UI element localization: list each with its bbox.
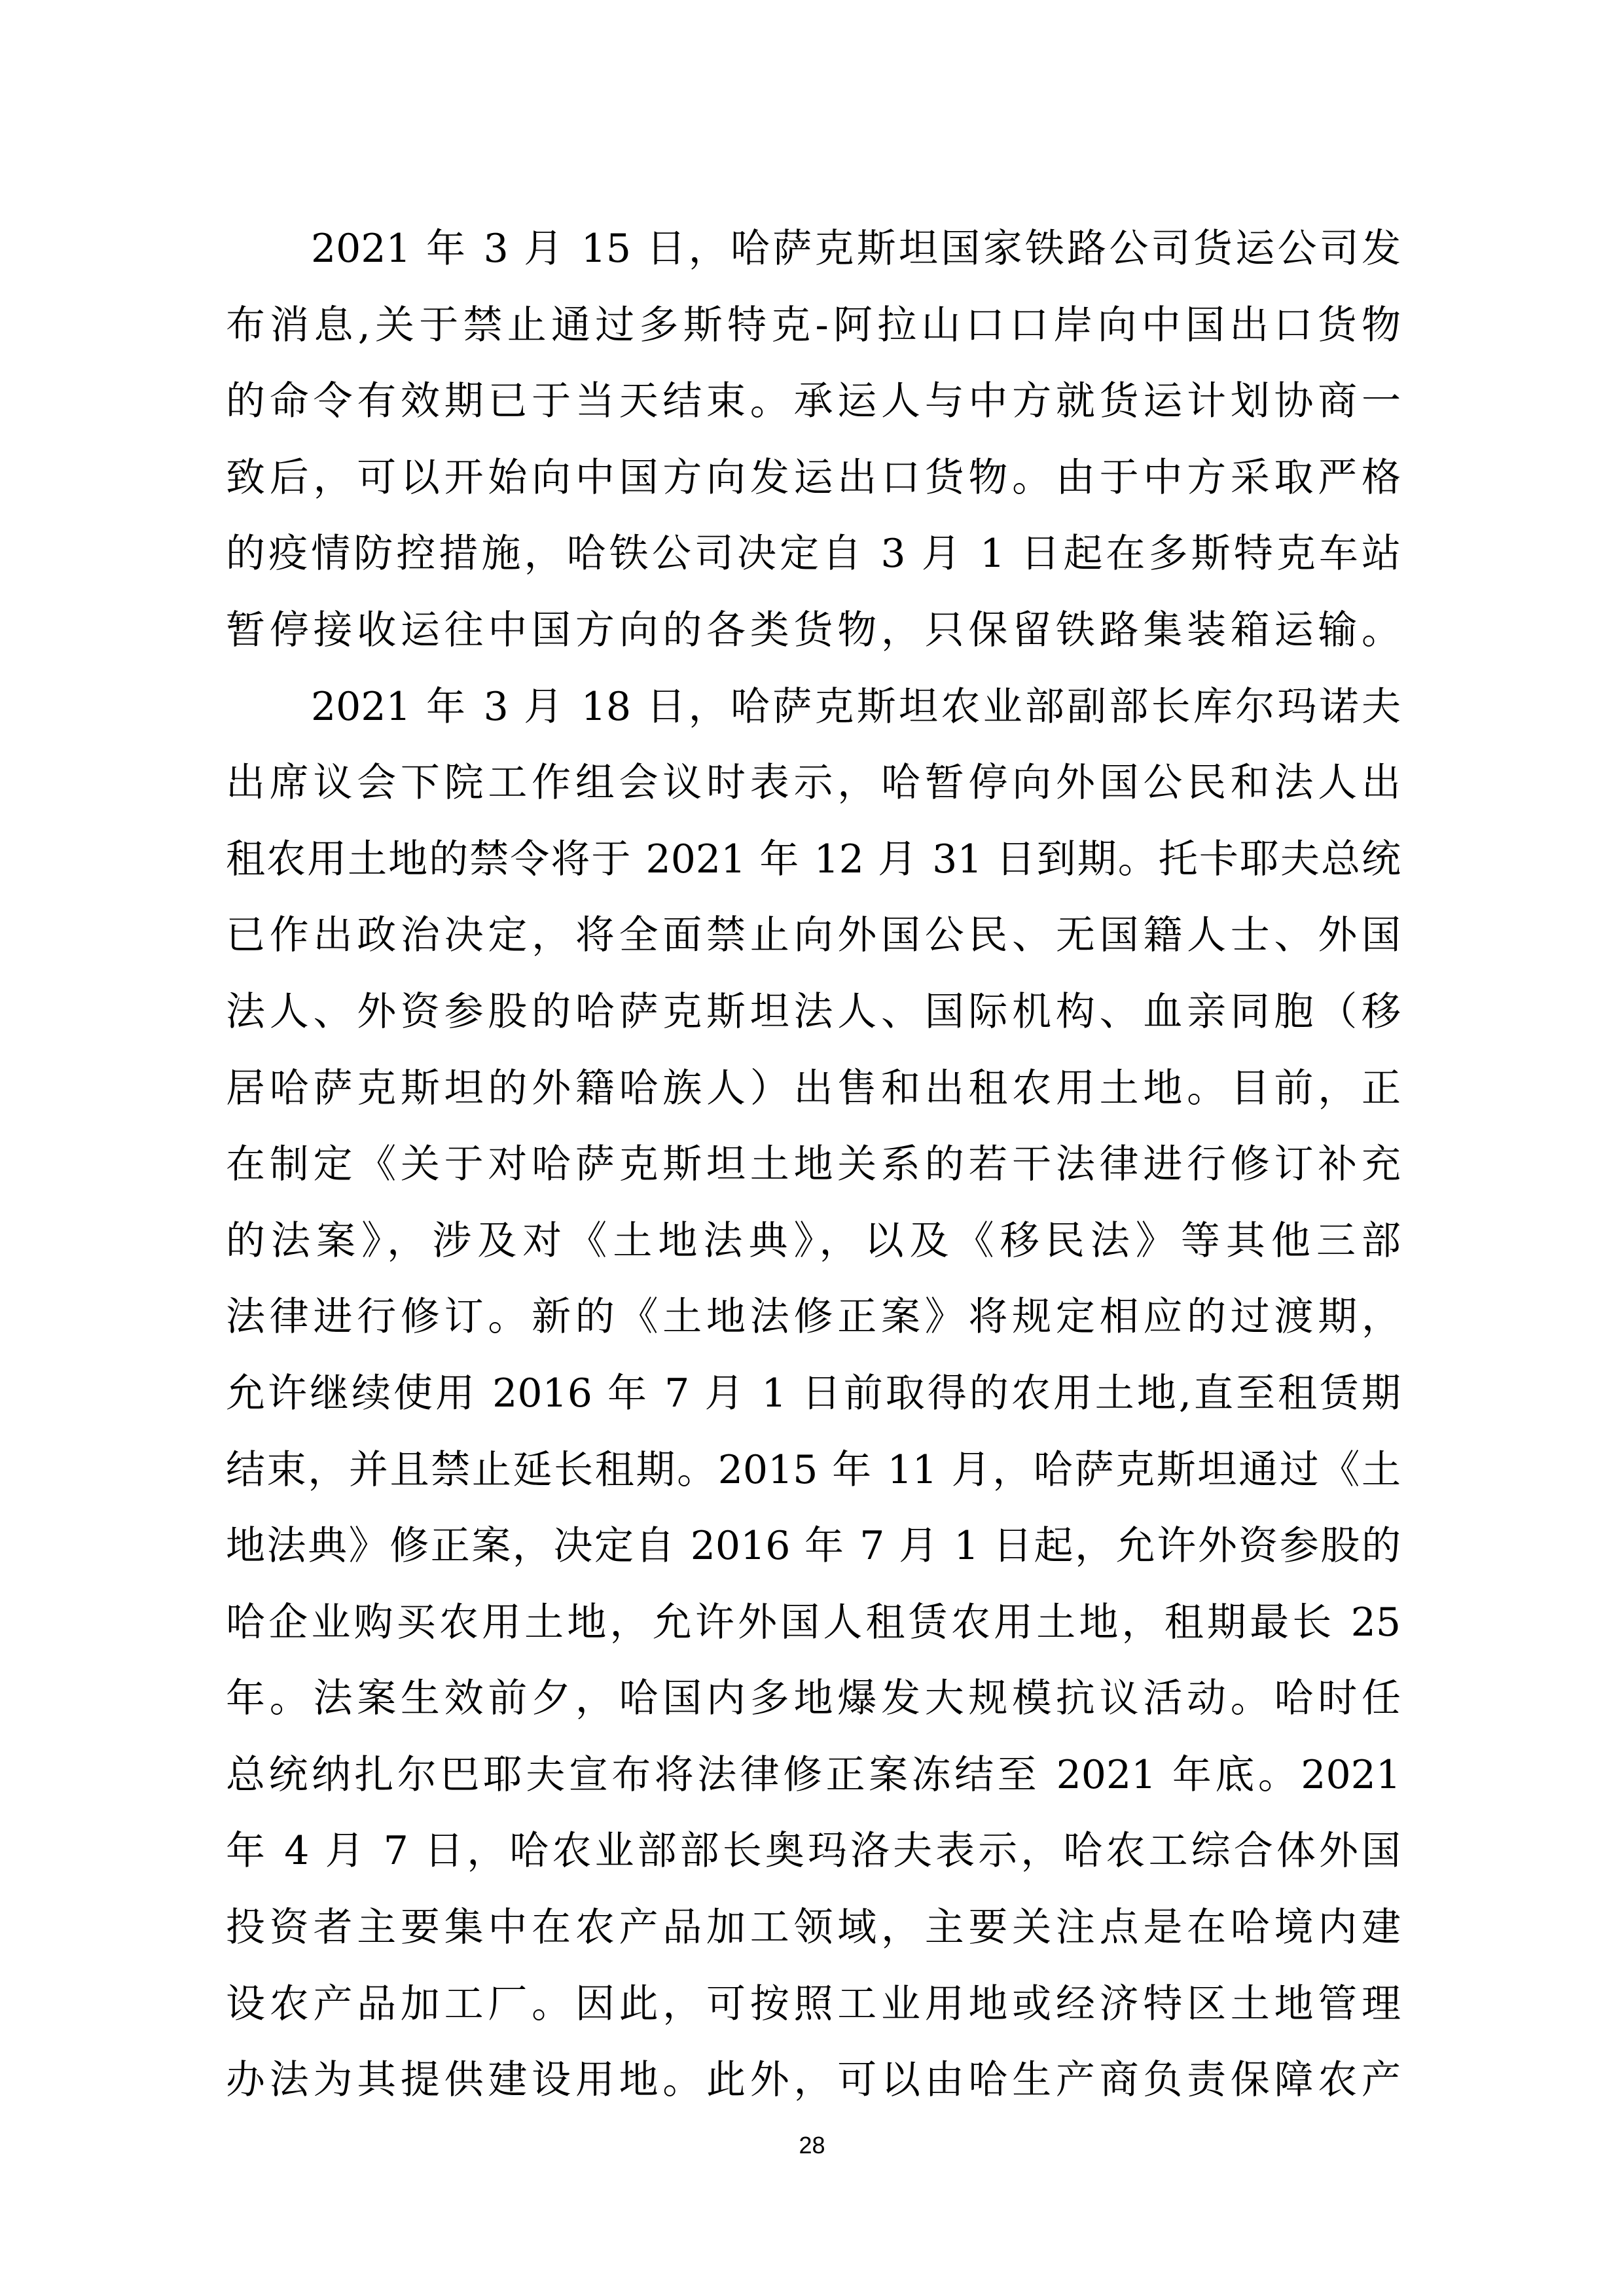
text-line: 2021 年 3 月 15 日，哈萨克斯坦国家铁路公司货运公司发 xyxy=(226,211,1401,287)
text-line: 布消息,关于禁止通过多斯特克-阿拉山口口岸向中国出口货物 xyxy=(226,287,1401,364)
text-line: 的疫情防控措施，哈铁公司决定自 3 月 1 日起在多斯特克车站 xyxy=(226,516,1401,592)
text-line: 设农产品加工厂。因此，可按照工业用地或经济特区土地管理 xyxy=(226,1966,1401,2043)
text-line: 居哈萨克斯坦的外籍哈族人）出售和出租农用土地。目前，正 xyxy=(226,1050,1401,1127)
paragraph-railway-export: 2021 年 3 月 15 日，哈萨克斯坦国家铁路公司货运公司发 布消息,关于禁… xyxy=(226,211,1401,669)
text-line: 法律进行修订。新的《土地法修正案》将规定相应的过渡期， xyxy=(226,1279,1401,1355)
text-line: 哈企业购买农用土地，允许外国人租赁农用土地，租期最长 25 xyxy=(226,1585,1401,1661)
body-text: 2021 年 3 月 15 日，哈萨克斯坦国家铁路公司货运公司发 布消息,关于禁… xyxy=(226,211,1401,2119)
text-line: 投资者主要集中在农产品加工领域，主要关注点是在哈境内建 xyxy=(226,1890,1401,1966)
text-line: 已作出政治决定，将全面禁止向外国公民、无国籍人士、外国 xyxy=(226,897,1401,974)
page-number: 28 xyxy=(0,2132,1624,2159)
text-line: 年。法案生效前夕，哈国内多地爆发大规模抗议活动。哈时任 xyxy=(226,1660,1401,1737)
text-line: 暂停接收运往中国方向的各类货物，只保留铁路集装箱运输。 xyxy=(226,592,1401,669)
text-line: 允许继续使用 2016 年 7 月 1 日前取得的农用土地,直至租赁期 xyxy=(226,1355,1401,1432)
text-line: 的命令有效期已于当天结束。承运人与中方就货运计划协商一 xyxy=(226,363,1401,440)
text-line: 年 4 月 7 日，哈农业部部长奥玛洛夫表示，哈农工综合体外国 xyxy=(226,1813,1401,1890)
text-line: 地法典》修正案，决定自 2016 年 7 月 1 日起，允许外资参股的 xyxy=(226,1508,1401,1585)
document-page: 2021 年 3 月 15 日，哈萨克斯坦国家铁路公司货运公司发 布消息,关于禁… xyxy=(0,0,1624,2296)
text-line: 结束，并且禁止延长租期。2015 年 11 月，哈萨克斯坦通过《土 xyxy=(226,1432,1401,1509)
text-line: 总统纳扎尔巴耶夫宣布将法律修正案冻结至 2021 年底。2021 xyxy=(226,1737,1401,1814)
text-line: 2021 年 3 月 18 日，哈萨克斯坦农业部副部长库尔玛诺夫 xyxy=(226,669,1401,745)
text-line: 法人、外资参股的哈萨克斯坦法人、国际机构、血亲同胞（移 xyxy=(226,974,1401,1050)
text-line: 的法案》，涉及对《土地法典》，以及《移民法》等其他三部 xyxy=(226,1203,1401,1280)
text-line: 在制定《关于对哈萨克斯坦土地关系的若干法律进行修订补充 xyxy=(226,1126,1401,1203)
paragraph-agricultural-land: 2021 年 3 月 18 日，哈萨克斯坦农业部副部长库尔玛诺夫 出席议会下院工… xyxy=(226,669,1401,2119)
text-line: 租农用土地的禁令将于 2021 年 12 月 31 日到期。托卡耶夫总统 xyxy=(226,821,1401,898)
text-line: 致后，可以开始向中国方向发运出口货物。由于中方采取严格 xyxy=(226,440,1401,516)
text-line: 出席议会下院工作组会议时表示，哈暂停向外国公民和法人出 xyxy=(226,745,1401,821)
text-line: 办法为其提供建设用地。此外，可以由哈生产商负责保障农产 xyxy=(226,2042,1401,2119)
